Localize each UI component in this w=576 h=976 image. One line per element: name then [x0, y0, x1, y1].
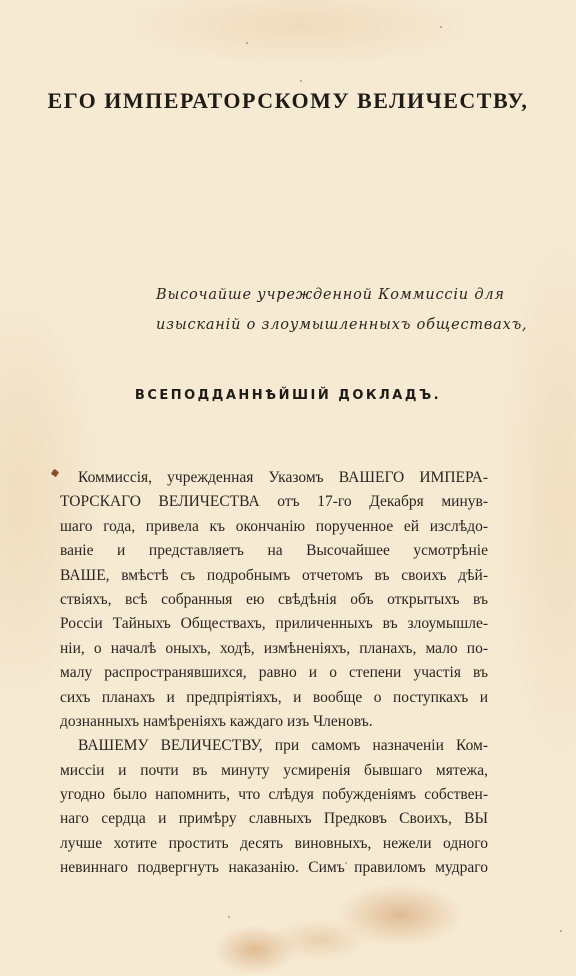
body-line: ствіяхъ, всѣ собранныя ею свѣдѣнія объ о… [60, 588, 488, 612]
body-line: ВАШЕ, вмѣстѣ съ подробнымъ отчетомъ въ с… [60, 564, 488, 588]
report-body: Коммиссія, учрежденная Указомъ ВАШЕГО ИМ… [60, 466, 488, 881]
body-line: Россіи Тайныхъ Обществахъ, приличенныхъ … [60, 612, 488, 636]
body-line: угодно было напомнить, что слѣдуя побужд… [60, 783, 488, 807]
subtitle-line: Высочайше учрежденной Коммиссіи для [156, 280, 516, 310]
body-line: ТОРСКАГО ВЕЛИЧЕСТВА отъ 17-го Декабря ми… [60, 490, 488, 514]
paper-speck [440, 26, 442, 28]
paper-speck [345, 862, 347, 864]
body-line: дознанныхъ намѣреніяхъ каждаго изъ Члено… [60, 710, 488, 734]
body-line: Коммиссія, учрежденная Указомъ ВАШЕГО ИМ… [60, 466, 488, 490]
body-line: малу распространявшихся, равно и о степе… [60, 661, 488, 685]
body-line: невиннаго подвергнуть наказанію. Симъ пр… [60, 856, 488, 880]
paper-speck [228, 916, 230, 918]
body-line: ніи, о началѣ оныхъ, ходѣ, измѣненіяхъ, … [60, 637, 488, 661]
body-line: ВАШЕМУ ВЕЛИЧЕСТВУ, при самомъ назначеніи… [60, 734, 488, 758]
commission-subtitle: Высочайше учрежденной Коммиссіи для изыс… [156, 280, 516, 340]
dedication-title: ЕГО ИМПЕРАТОРСКОМУ ВЕЛИЧЕСТВУ, [0, 88, 576, 114]
body-line: сихъ планахъ и предпріятіяхъ, и вообще о… [60, 686, 488, 710]
body-line: лучше хотите простить десять виновныхъ, … [60, 832, 488, 856]
paper-speck [246, 42, 248, 44]
body-line: ваніе и представляетъ на Высочайшее усмо… [60, 539, 488, 563]
paragraph-marker-icon [51, 469, 59, 477]
paper-speck [560, 930, 562, 932]
report-heading: ВСЕПОДДАННѢЙШІЙ ДОКЛАДЪ. [0, 388, 576, 403]
body-line: наго сердца и примѣру славныхъ Предковъ … [60, 807, 488, 831]
paper-speck [300, 80, 302, 82]
subtitle-line: изысканій о злоумышленныхъ обществахъ, [156, 310, 516, 340]
body-line: шаго года, привела къ окончанію порученн… [60, 515, 488, 539]
body-line: миссіи и почти въ минуту усмиренія бывша… [60, 759, 488, 783]
